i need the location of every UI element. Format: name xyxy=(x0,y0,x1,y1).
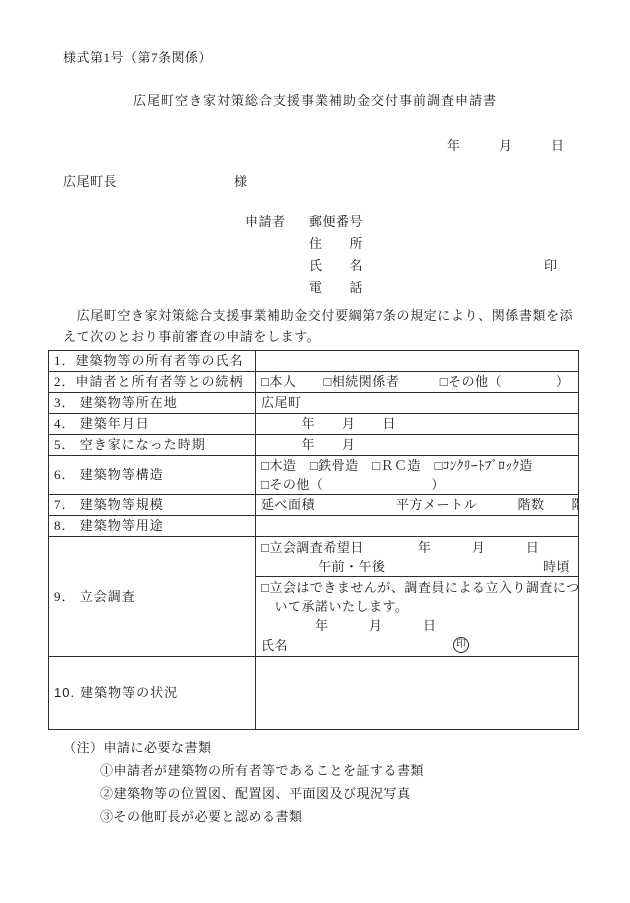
table-row: 4． 建築年月日 年 月 日 xyxy=(49,414,579,435)
structure-options-line1: □木造 □鉄骨造 □ＲＣ造 □ｺﾝｸﾘｰﾄﾌﾞﾛｯｸ造 xyxy=(261,456,573,475)
table-row: 9． 立会調査 □立会調査希望日 年 月 日 午前・午後 時頃 xyxy=(49,537,579,577)
addressee: 広尾町長 xyxy=(63,171,117,190)
intro-paragraph-line1: 広尾町空き家対策総合支援事業補助金交付要綱第7条の規定により、関係書類を添 xyxy=(63,305,573,324)
row5-vacant-since-field: 年 月 xyxy=(256,435,579,456)
table-row: 3． 建築物等所在地 広尾町 xyxy=(49,393,579,414)
intro-paragraph-line2: えて次のとおり事前審査の申請をします。 xyxy=(63,326,320,345)
note-item-3: ③その他町長が必要と認める書類 xyxy=(100,805,424,828)
table-row: 10.建築物等の状況 xyxy=(49,657,579,730)
application-table: 1．建築物等の所有者等の氏名 2．申請者と所有者等との続柄 □本人 □相続関係者… xyxy=(48,350,579,730)
row9-label: 9． 立会調査 xyxy=(49,537,256,657)
row10-label: 10.建築物等の状況 xyxy=(49,657,256,730)
table-row: 1．建築物等の所有者等の氏名 xyxy=(49,351,579,372)
addressee-honorific: 様 xyxy=(234,171,247,190)
row10-number: 10. xyxy=(54,685,75,700)
no-witness-name-line: 氏名 印 xyxy=(261,636,573,656)
witness-date-option: □立会調査希望日 年 月 日 xyxy=(261,538,573,557)
row2-relationship-options: □本人 □相続関係者 □その他（ ） xyxy=(256,372,579,393)
row8-label: 8． 建築物等用途 xyxy=(49,516,256,537)
seal-mark: 印 xyxy=(544,255,557,274)
no-witness-option-line1: □立会はできませんが、調査員による立入り調査につ xyxy=(261,578,573,597)
table-row: 8． 建築物等用途 xyxy=(49,516,579,537)
row1-owner-name-field xyxy=(256,351,579,372)
row3-location-value: 広尾町 xyxy=(256,393,579,414)
row6-label: 6． 建築物等構造 xyxy=(49,456,256,495)
witness-time-line: 午前・午後 時頃 xyxy=(261,557,573,576)
table-row: 2．申請者と所有者等との続柄 □本人 □相続関係者 □その他（ ） xyxy=(49,372,579,393)
no-witness-name-label: 氏名 xyxy=(261,638,288,653)
row4-build-date-field: 年 月 日 xyxy=(256,414,579,435)
circled-seal-icon: 印 xyxy=(453,637,469,653)
row6-structure-options: □木造 □鉄骨造 □ＲＣ造 □ｺﾝｸﾘｰﾄﾌﾞﾛｯｸ造 □その他（ ） xyxy=(256,456,579,495)
no-witness-option-line2: いて承諾いたします。 xyxy=(261,597,573,616)
applicant-address-label: 住 所 xyxy=(309,233,363,252)
notes-heading: （注）申請に必要な書類 xyxy=(63,736,424,759)
row5-label: 5． 空き家になった時期 xyxy=(49,435,256,456)
row10-condition-field xyxy=(256,657,579,730)
applicant-label: 申請者 xyxy=(245,211,286,230)
time-label: 時頃 xyxy=(543,557,570,576)
date-line: 年 月 日 xyxy=(447,135,564,154)
row8-usage-field xyxy=(256,516,579,537)
row2-label: 2．申請者と所有者等との続柄 xyxy=(49,372,256,393)
form-number: 様式第1号（第7条関係） xyxy=(63,47,212,66)
table-row: 7． 建築物等規模 延べ面積 平方メートル 階数 階 xyxy=(49,495,579,516)
ampm-label: 午前・午後 xyxy=(318,557,386,576)
document-page: 様式第1号（第7条関係） 広尾町空き家対策総合支援事業補助金交付事前調査申請書 … xyxy=(0,0,630,903)
structure-options-line2: □その他（ ） xyxy=(261,475,573,494)
table-row: 6． 建築物等構造 □木造 □鉄骨造 □ＲＣ造 □ｺﾝｸﾘｰﾄﾌﾞﾛｯｸ造 □そ… xyxy=(49,456,579,495)
no-witness-date-line: 年 月 日 xyxy=(261,616,573,635)
row7-label: 7． 建築物等規模 xyxy=(49,495,256,516)
row4-label: 4． 建築年月日 xyxy=(49,414,256,435)
row3-label: 3． 建築物等所在地 xyxy=(49,393,256,414)
row7-scale-field: 延べ面積 平方メートル 階数 階 xyxy=(256,495,579,516)
row9-no-witness-cell: □立会はできませんが、調査員による立入り調査につ いて承諾いたします。 年 月 … xyxy=(256,577,579,657)
applicant-name-label: 氏 名 xyxy=(309,255,363,274)
row10-label-text: 建築物等の状況 xyxy=(80,685,178,700)
note-item-1: ①申請者が建築物の所有者等であることを証する書類 xyxy=(100,759,424,782)
row9-witness-cell: □立会調査希望日 年 月 日 午前・午後 時頃 xyxy=(256,537,579,577)
row1-label: 1．建築物等の所有者等の氏名 xyxy=(49,351,256,372)
page-title: 広尾町空き家対策総合支援事業補助金交付事前調査申請書 xyxy=(0,90,630,109)
note-item-2: ②建築物等の位置図、配置図、平面図及び現況写真 xyxy=(100,782,424,805)
applicant-phone-label: 電 話 xyxy=(309,277,363,296)
applicant-postal-label: 郵便番号 xyxy=(309,211,363,230)
table-row: 5． 空き家になった時期 年 月 xyxy=(49,435,579,456)
notes-section: （注）申請に必要な書類 ①申請者が建築物の所有者等であることを証する書類 ②建築… xyxy=(63,736,424,828)
